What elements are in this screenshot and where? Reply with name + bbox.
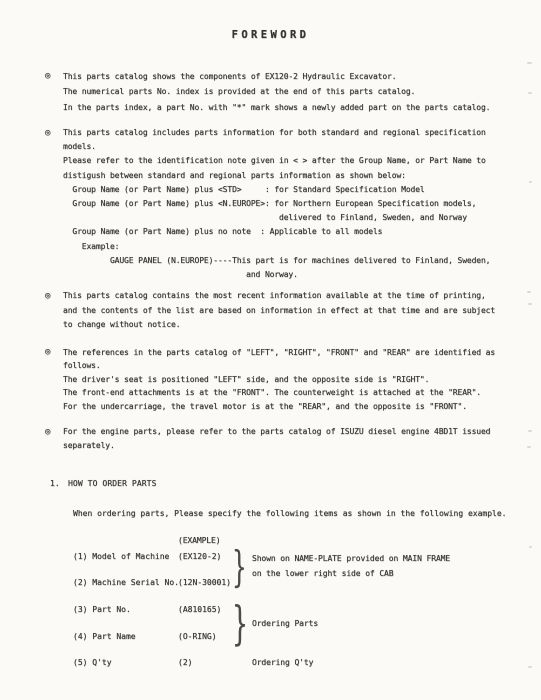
row-value: (A810165) (178, 603, 221, 616)
text-line: Please refer to the identification note … (63, 154, 523, 168)
text-line: In the parts index, a part No. with "*" … (63, 100, 523, 115)
text-line: Group Name (or Part Name) plus <STD> : f… (63, 183, 523, 197)
text-line: Example: (63, 240, 523, 254)
nameplate-note-line1: Shown on NAME-PLATE provided on MAIN FRA… (252, 552, 450, 565)
scan-artifact (528, 92, 532, 94)
row-label: (5) Q'ty (73, 656, 112, 669)
bullet-section-catalog-components: ◎ This parts catalog shows the component… (63, 69, 523, 115)
scan-artifact (527, 291, 531, 293)
text-line: separately. (63, 439, 523, 453)
curly-brace-icon: } (232, 600, 248, 646)
double-circle-bullet-icon: ◎ (45, 428, 50, 437)
text-line: For the undercarriage, the travel motor … (63, 400, 523, 414)
nameplate-note-line2: on the lower right side of CAB (252, 567, 394, 580)
bullet-section-direction-references: ◎ The references in the parts catalog of… (63, 346, 523, 414)
text-line: delivered to Finland, Sweden, and Norway (63, 211, 523, 225)
scan-artifact (528, 303, 532, 305)
row-value: (O-RING) (178, 630, 217, 643)
text-line: to change without notice. (63, 318, 523, 333)
row-value: (2) (178, 656, 192, 669)
text-line: follows. (63, 359, 523, 373)
scan-artifact (529, 546, 532, 548)
section-intro: When ordering parts, Please specify the … (73, 507, 506, 520)
row-label: (3) Part No. (73, 603, 131, 616)
text-line: models. (63, 140, 523, 154)
scan-artifact (528, 666, 532, 668)
text-line: This parts catalog includes parts inform… (63, 126, 523, 140)
example-row-part-name: (4) Part Name (O-RING) (73, 630, 473, 643)
text-line: This parts catalog shows the components … (63, 69, 523, 84)
text-line: The references in the parts catalog of "… (63, 346, 523, 360)
bullet-section-recent-information: ◎ This parts catalog contains the most r… (63, 289, 523, 333)
bullet-section-engine-parts: ◎ For the engine parts, please refer to … (63, 425, 523, 452)
text-line: GAUGE PANEL (N.EUROPE)----This part is f… (63, 254, 523, 268)
scan-artifact (529, 181, 532, 183)
example-header: (EXAMPLE) (178, 534, 220, 547)
text-line: This parts catalog contains the most rec… (63, 289, 523, 304)
row-label: (2) Machine Serial No. (73, 576, 179, 589)
foreword-document-page: FOREWORD ◎ This parts catalog shows the … (0, 0, 541, 700)
scan-artifact (528, 430, 532, 432)
ordering-example-block: (EXAMPLE) (1) Model of Machine (EX120-2)… (0, 530, 541, 700)
ordering-parts-note: Ordering Parts (252, 617, 318, 630)
text-line: For the engine parts, please refer to th… (63, 425, 523, 439)
scan-artifact (527, 62, 532, 64)
text-line: Group Name (or Part Name) plus <N.EUROPE… (63, 197, 523, 211)
row-value: (EX120-2) (178, 550, 221, 563)
row-label: (1) Model of Machine (73, 550, 169, 563)
curly-brace-icon: } (232, 546, 247, 588)
double-circle-bullet-icon: ◎ (45, 348, 50, 357)
text-line: Group Name (or Part Name) plus no note :… (63, 225, 523, 239)
double-circle-bullet-icon: ◎ (45, 129, 50, 138)
double-circle-bullet-icon: ◎ (45, 292, 50, 301)
text-line: distigush between standard and regional … (63, 169, 523, 183)
text-line: The front-end attachments is at the "FRO… (63, 386, 523, 400)
text-line: The driver's seat is positioned "LEFT" s… (63, 373, 523, 387)
ordering-qty-note: Ordering Q'ty (252, 656, 313, 669)
row-label: (4) Part Name (73, 630, 136, 643)
text-line: and Norway. (63, 268, 523, 282)
example-row-part-no: (3) Part No. (A810165) (73, 603, 473, 616)
row-value: (12N-30001) (178, 576, 231, 589)
text-line: and the contents of the list are based o… (63, 304, 523, 319)
bullet-section-regional-specification: ◎ This parts catalog includes parts info… (63, 126, 523, 282)
double-circle-bullet-icon: ◎ (45, 72, 50, 81)
page-title: FOREWORD (0, 29, 541, 41)
section-number: 1. (50, 477, 60, 490)
section-title: HOW TO ORDER PARTS (68, 477, 157, 490)
text-line: The numerical parts No. index is provide… (63, 84, 523, 99)
scan-artifact (527, 446, 531, 448)
